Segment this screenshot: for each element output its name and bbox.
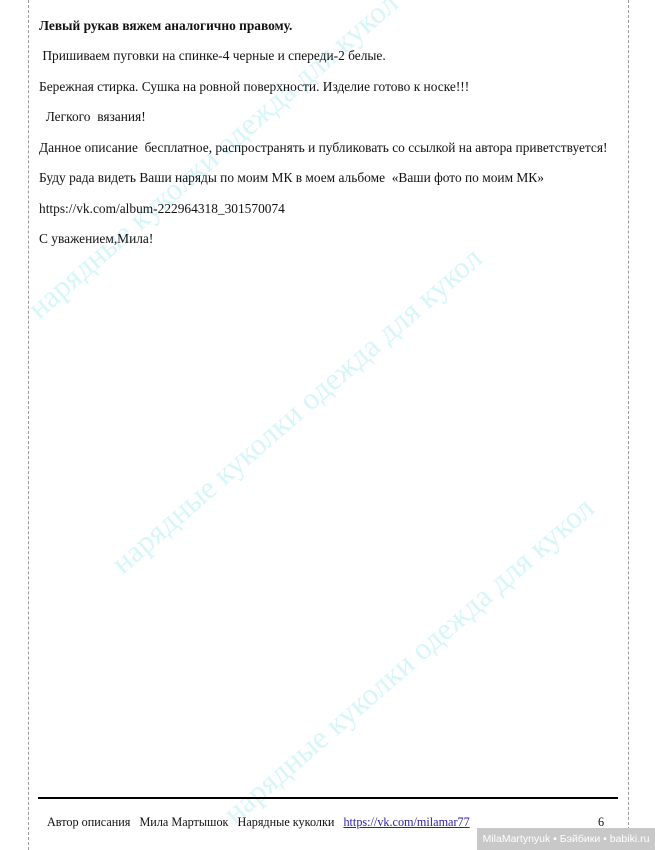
watermark: нарядные куколки одежда для кукол: [216, 490, 601, 831]
site-watermark-badge: MilaMartynyuk • Бэйбики • babiki.ru: [477, 828, 655, 850]
footer-brand: Нарядные куколки: [238, 815, 335, 829]
paragraph-album-invite: Буду рада видеть Ваши наряды по моим МК …: [39, 170, 544, 186]
paragraph-license: Данное описание бесплатное, распространя…: [39, 140, 608, 156]
paragraph-signature: С уважением,Мила!: [39, 231, 153, 247]
album-url[interactable]: https://vk.com/album-222964318_301570074: [39, 201, 285, 217]
paragraph-buttons: Пришиваем пуговки на спинке-4 черные и с…: [39, 48, 386, 64]
footer-author-name: Мила Мартышок: [139, 815, 228, 829]
paragraph-sleeve-note: Левый рукав вяжем аналогично правому.: [39, 18, 292, 34]
page-border-right: [628, 0, 629, 850]
footer-link[interactable]: https://vk.com/milamar77: [343, 815, 469, 829]
watermark: нарядные куколки одежда для кукол: [104, 240, 489, 581]
footer-author-label: Автор описания: [47, 815, 130, 829]
page-border-left: [28, 0, 29, 850]
paragraph-care: Бережная стирка. Сушка на ровной поверхн…: [39, 79, 469, 95]
page-footer: Автор описания Мила Мартышок Нарядные ку…: [47, 815, 470, 830]
paragraph-wish: Легкого вязания!: [39, 109, 146, 125]
footer-divider: [38, 797, 618, 799]
